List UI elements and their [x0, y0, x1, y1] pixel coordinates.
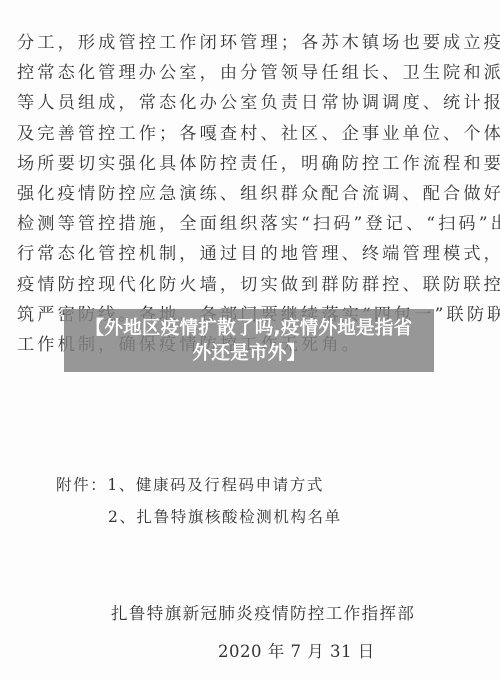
document-page: 分工，形成管控工作闭环管理；各苏木镇场也要成立疫情防 控常态化管理办公室，由分管…: [0, 0, 500, 681]
overlay-title: 【外地区疫情扩散了吗,疫情外地是指省外还是市外】: [79, 316, 419, 366]
signature-date: 2020 年 7 月 31 日: [218, 638, 375, 662]
attachment-item-1: 附件：1、健康码及行程码申请方式: [56, 469, 342, 501]
attachment-text: 2、扎鲁特旗核酸检测机构名单: [108, 508, 342, 526]
attachments-label: 附件：: [56, 476, 107, 494]
body-line: 强化疫情防控应急演练、组织群众配合流调、配合做好核酸: [17, 179, 477, 209]
body-line: 控常态化管理办公室，由分管领导任组长、卫生院和派出所: [17, 58, 477, 88]
title-overlay-banner: 【外地区疫情扩散了吗,疫情外地是指省外还是市外】: [64, 309, 434, 372]
attachment-text: 1、健康码及行程码申请方式: [107, 476, 324, 494]
attachments-section: 附件：1、健康码及行程码申请方式 2、扎鲁特旗核酸检测机构名单: [56, 469, 342, 533]
body-line: 场所要切实强化具体防控责任，明确防控工作流程和要点，: [17, 149, 477, 179]
body-line: 行常态化管控机制，通过目的地管理、终端管理模式，筑牢: [17, 239, 477, 269]
body-line: 及完善管控工作；各嘎查村、社区、企事业单位、个体经营: [17, 119, 477, 149]
attachment-item-2: 2、扎鲁特旗核酸检测机构名单: [56, 501, 342, 533]
signature-organization: 扎鲁特旗新冠肺炎疫情防控工作指挥部: [111, 600, 415, 624]
body-line: 疫情防控现代化防火墙，切实做到群防群控、联防联控，构: [17, 270, 477, 300]
body-line: 分工，形成管控工作闭环管理；各苏木镇场也要成立疫情防: [17, 28, 477, 58]
body-line: 等人员组成，常态化办公室负责日常协调调度、统计报告以: [17, 88, 477, 118]
body-line: 检测等管控措施，全面组织落实“扫码”登记、“扫码”出: [17, 209, 477, 239]
